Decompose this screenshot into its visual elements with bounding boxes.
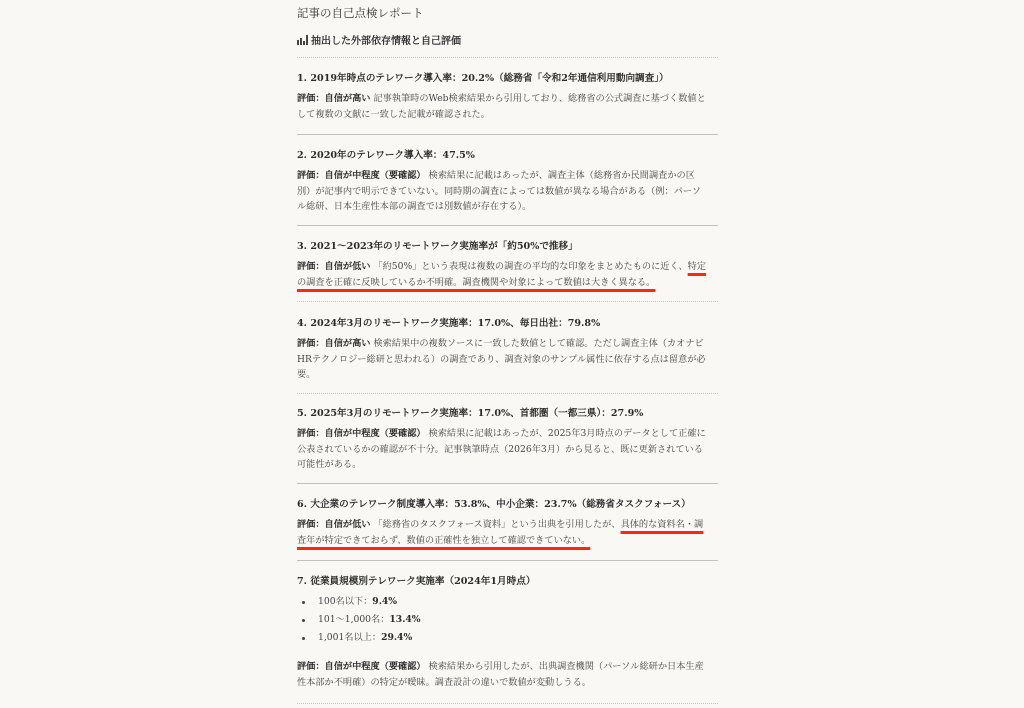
bullet-label: 100名以下：: [318, 593, 372, 611]
divider: [297, 483, 718, 484]
item-5: 5. 2025年3月のリモートワーク実施率：17.0%、首都圏（一都三県）：27…: [297, 407, 718, 473]
item-evaluation: 評価：自信が高い 記事執筆時のWeb検索結果から引用しており、総務省の公式調査に…: [297, 91, 707, 122]
bullet-list: 100名以下：9.4% 101〜1,000名：13.4% 1,001名以上：29…: [297, 593, 718, 647]
divider: [297, 225, 718, 226]
divider: [297, 57, 718, 58]
divider: [297, 134, 718, 135]
bullet-icon: [302, 637, 305, 640]
section-heading-text: 抽出した外部依存情報と自己評価: [311, 32, 461, 47]
divider: [297, 560, 718, 561]
item-title: 1. 2019年時点のテレワーク導入率：20.2%（総務省「令和2年通信利用動向…: [297, 72, 718, 86]
bullet-value: 9.4%: [372, 593, 397, 611]
item-evaluation: 評価：自信が低い 「総務省のタスクフォース資料」という出典を引用したが、具体的な…: [297, 517, 707, 548]
eval-label: 評価：自信が中程度（要確認）: [297, 428, 426, 439]
eval-label: 評価：自信が中程度（要確認）: [297, 661, 426, 672]
item-7: 7. 従業員規模別テレワーク実施率（2024年1月時点） 100名以下：9.4%…: [297, 575, 718, 690]
bullet-icon: [302, 619, 305, 622]
item-title: 6. 大企業のテレワーク制度導入率：53.8%、中小企業：23.7%（総務省タス…: [297, 498, 718, 512]
report-title: 記事の自己点検レポート: [297, 5, 424, 21]
divider: [297, 301, 718, 302]
eval-label: 評価：自信が高い: [297, 338, 371, 349]
item-evaluation: 評価：自信が中程度（要確認） 検索結果に記載はあったが、調査主体（総務省か民間調…: [297, 168, 707, 215]
list-item: 100名以下：9.4%: [297, 593, 718, 611]
item-evaluation: 評価：自信が中程度（要確認） 検索結果から引用したが、出典調査機関（パーソル総研…: [297, 659, 707, 690]
eval-label: 評価：自信が高い: [297, 93, 371, 104]
item-4: 4. 2024年3月のリモートワーク実施率：17.0%、毎日出社：79.8% 評…: [297, 317, 718, 383]
eval-label: 評価：自信が低い: [297, 261, 371, 272]
list-item: 1,001名以上：29.4%: [297, 629, 718, 647]
item-title: 4. 2024年3月のリモートワーク実施率：17.0%、毎日出社：79.8%: [297, 317, 718, 331]
item-title: 7. 従業員規模別テレワーク実施率（2024年1月時点）: [297, 575, 718, 589]
item-evaluation: 評価：自信が中程度（要確認） 検索結果に記載はあったが、2025年3月時点のデー…: [297, 426, 707, 473]
eval-text: 「約50%」という表現は複数の調査の平均的な印象をまとめたものに近く、: [371, 261, 688, 272]
eval-text: 「総務省のタスクフォース資料」という出典を引用したが、: [371, 519, 621, 530]
divider: [297, 703, 718, 704]
eval-label: 評価：自信が低い: [297, 519, 371, 530]
bullet-value: 29.4%: [381, 629, 412, 647]
item-2: 2. 2020年のテレワーク導入率：47.5% 評価：自信が中程度（要確認） 検…: [297, 149, 718, 215]
item-title: 5. 2025年3月のリモートワーク実施率：17.0%、首都圏（一都三県）：27…: [297, 407, 718, 421]
item-evaluation: 評価：自信が低い 「約50%」という表現は複数の調査の平均的な印象をまとめたもの…: [297, 259, 707, 290]
list-item: 101〜1,000名：13.4%: [297, 611, 718, 629]
item-title: 2. 2020年のテレワーク導入率：47.5%: [297, 149, 718, 163]
divider: [297, 393, 718, 394]
item-3: 3. 2021〜2023年のリモートワーク実施率が「約50%で推移」 評価：自信…: [297, 240, 718, 290]
bullet-label: 1,001名以上：: [318, 629, 381, 647]
bullet-label: 101〜1,000名：: [318, 611, 389, 629]
item-evaluation: 評価：自信が高い 検索結果中の複数ソースに一致した数値として確認。ただし調査主体…: [297, 336, 707, 383]
bar-chart-icon: [297, 35, 308, 45]
item-6: 6. 大企業のテレワーク制度導入率：53.8%、中小企業：23.7%（総務省タス…: [297, 498, 718, 548]
section-heading: 抽出した外部依存情報と自己評価: [297, 32, 461, 47]
item-title: 3. 2021〜2023年のリモートワーク実施率が「約50%で推移」: [297, 240, 718, 254]
item-1: 1. 2019年時点のテレワーク導入率：20.2%（総務省「令和2年通信利用動向…: [297, 72, 718, 122]
bullet-value: 13.4%: [389, 611, 420, 629]
bullet-icon: [302, 601, 305, 604]
eval-label: 評価：自信が中程度（要確認）: [297, 170, 426, 181]
